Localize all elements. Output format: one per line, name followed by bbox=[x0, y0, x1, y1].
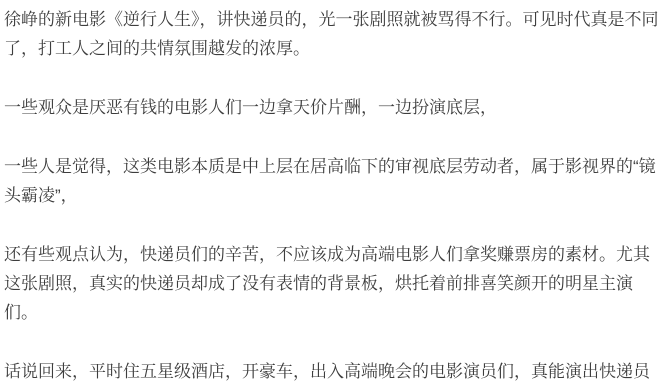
article-body: 徐峥的新电影《逆行人生》，讲快递员的，光一张剧照就被骂得不行。可见时代真是不同了… bbox=[0, 0, 660, 383]
article-paragraph: 话说回来，平时住五星级酒店，开豪车，出入高端晚会的电影演员们，真能演出快递员 bbox=[4, 357, 659, 383]
article-paragraph: 还有些观点认为，快递员们的辛苦，不应该成为高端电影人们拿奖赚票房的素材。尤其这张… bbox=[4, 240, 659, 327]
article-paragraph: 一些观众是厌恶有钱的电影人们一边拿天价片酬，一边扮演底层， bbox=[4, 93, 659, 122]
article-paragraph: 一些人是觉得，这类电影本质是中上层在居高临下的审视底层劳动者，属于影视界的“镜头… bbox=[4, 152, 659, 210]
article-paragraph: 徐峥的新电影《逆行人生》，讲快递员的，光一张剧照就被骂得不行。可见时代真是不同了… bbox=[4, 5, 659, 63]
